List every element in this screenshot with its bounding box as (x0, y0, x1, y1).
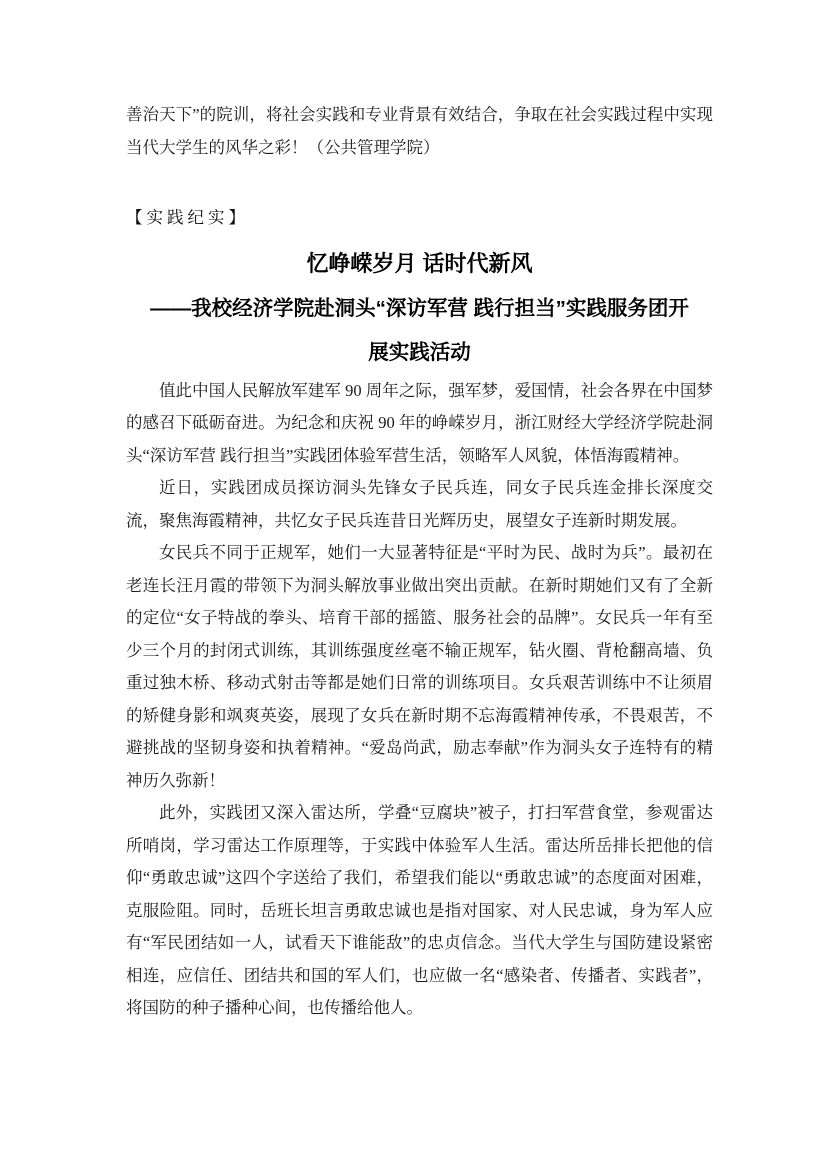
article-subtitle-line2: 展实践活动 (126, 331, 713, 375)
article-title: 忆峥嵘岁月 话时代新风 (126, 244, 713, 284)
document-page: 善治天下”的院训，将社会实践和专业背景有效结合，争取在社会实践过程中实现当代大学… (0, 0, 827, 1169)
continuation-paragraph: 善治天下”的院训，将社会实践和专业背景有效结合，争取在社会实践过程中实现当代大学… (126, 99, 713, 164)
article-paragraph-1: 值此中国人民解放军建军 90 周年之际，强军梦，爱国情，社会各界在中国梦的感召下… (126, 375, 713, 473)
article-paragraph-2: 近日，实践团成员探访洞头先锋女子民兵连，同女子民兵连金排长深度交流，聚焦海霞精神… (126, 472, 713, 537)
article-paragraph-3: 女民兵不同于正规军，她们一大显著特征是“平时为民、战时为兵”。最初在老连长汪月霞… (126, 537, 713, 797)
article-subtitle: ——我校经济学院赴洞头“深访军营 践行担当”实践服务团开 展实践活动 (126, 287, 713, 375)
section-label: 【实践纪实】 (126, 202, 713, 235)
article-subtitle-line1: ——我校经济学院赴洞头“深访军营 践行担当”实践服务团开 (126, 287, 713, 331)
article-paragraph-4: 此外，实践团又深入雷达所，学叠“豆腐块”被子，打扫军营食堂，参观雷达所哨岗，学习… (126, 797, 713, 1025)
